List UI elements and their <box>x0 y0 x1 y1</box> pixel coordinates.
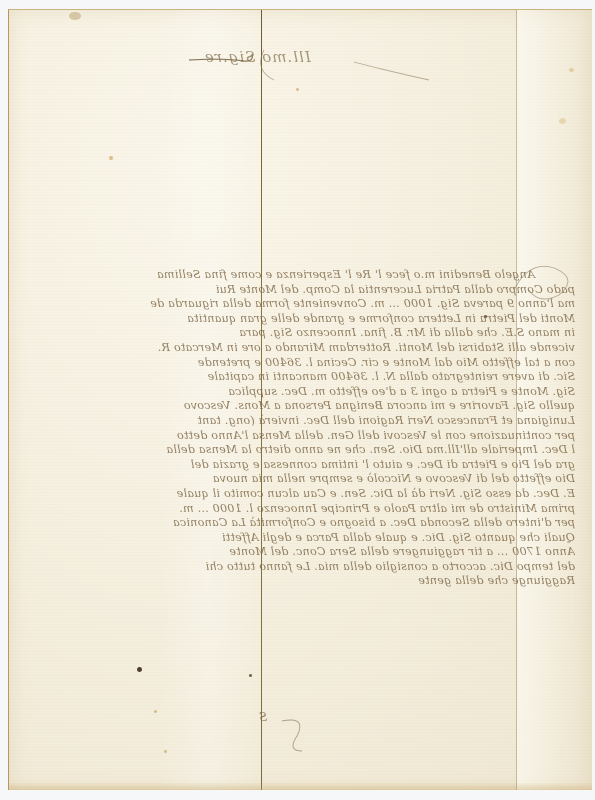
text-line: l Dec. Imperiale all'Ill.ma Dio. Sen. ch… <box>15 443 575 458</box>
text-line: del tempo Dic. accorto a consiglio della… <box>15 560 575 575</box>
text-line: Angelo Benedini m.o fece l' Re l' Esperi… <box>15 268 575 283</box>
text-line: per d'intero della Seconda Dec. a bisogn… <box>15 516 575 531</box>
paper-sheet: Ill.mo Sig.re Angelo Benedini m.o fece l… <box>8 9 592 790</box>
stain <box>249 674 252 677</box>
text-line: prima Ministro de mi altra Paolo e Princ… <box>15 502 575 517</box>
text-line: Dio effetto del di Vescovo e Niccolò e s… <box>15 472 575 487</box>
stain <box>559 118 566 124</box>
manuscript-text-block: Angelo Benedini m.o fece l' Re l' Esperi… <box>15 268 575 589</box>
stain <box>569 68 574 72</box>
stain <box>109 156 113 160</box>
text-line: quello Sig. Favorire e mi ancora Benigna… <box>15 399 575 414</box>
text-line: con a tal effetto Mio dal Monte e cir. C… <box>15 356 575 371</box>
text-line: Lunigiana et Francesco Neri Ragioni dell… <box>15 414 575 429</box>
text-line: Sig. Monte e Pietra a ogni 3 a d'eo effe… <box>15 385 575 400</box>
stain <box>69 12 81 20</box>
text-line: Raggiunge che della gente <box>15 574 575 589</box>
stain <box>137 667 142 672</box>
text-line: in mano S.E. che dalla di Mr. B. fina. I… <box>15 326 575 341</box>
text-line: Quali che quanto Sig. Dic. e quale dalla… <box>15 531 575 546</box>
text-line: Monti del Pietra in Lettera conforme e g… <box>15 312 575 327</box>
scanned-page: Ill.mo Sig.re Angelo Benedini m.o fece l… <box>0 0 595 800</box>
text-line: per continuazione con le Vescovi dell Ge… <box>15 429 575 444</box>
text-line: pado Compro dalla Patria Lucerentia la C… <box>15 283 575 298</box>
signoff-flourish <box>277 716 317 756</box>
stain <box>164 750 167 753</box>
text-line: Sic. di avere reintegrato dalla N. l. 36… <box>15 370 575 385</box>
text-line: gra del Pio e Pietra di Dec. e aiuto l' … <box>15 458 575 473</box>
text-line: ma l'anno 9 pareva Sig. 1000 ... m. Conv… <box>15 297 575 312</box>
text-line: E. Dec. da esso Sig. Neri dà la Dic. Sen… <box>15 487 575 502</box>
signoff-mark: S <box>259 710 267 724</box>
header-note: Ill.mo Sig.re <box>204 48 311 66</box>
text-line: Anno 1700 ... a tir raggiungere della Se… <box>15 545 575 560</box>
text-line: vicende alli Stabirsi del Monti. Rotterd… <box>15 341 575 356</box>
stain <box>154 710 157 713</box>
